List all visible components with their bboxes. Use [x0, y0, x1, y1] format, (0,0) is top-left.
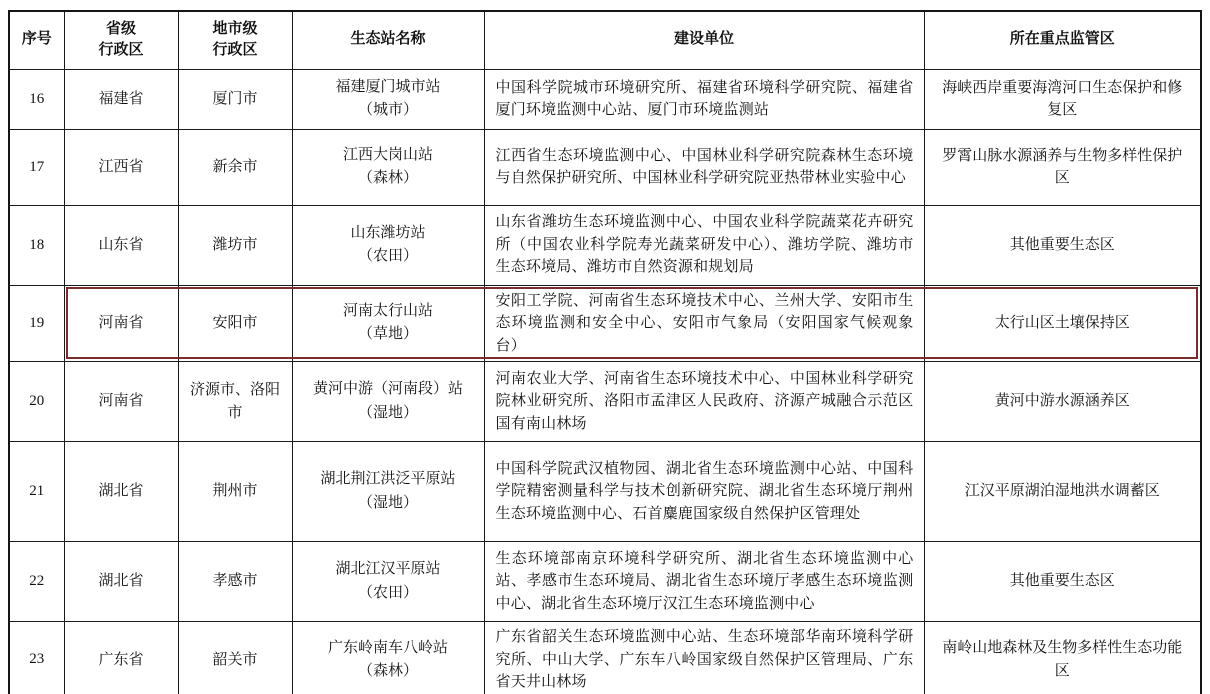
- cell-builders: 河南农业大学、河南省生态环境技术中心、中国林业科学研究院林业研究所、洛阳市孟津区…: [484, 362, 924, 442]
- table-row: 21湖北省荆州市湖北荆江洪泛平原站（湿地）中国科学院武汉植物园、湖北省生态环境监…: [9, 442, 1201, 542]
- station-type-line: （农田）: [299, 245, 478, 268]
- table-row: 20河南省济源市、洛阳市黄河中游（河南段）站（湿地）河南农业大学、河南省生态环境…: [9, 362, 1201, 442]
- cell-province: 江西省: [64, 129, 178, 205]
- col-header-seq: 序号: [9, 11, 64, 69]
- cell-builders: 广东省韶关生态环境监测中心站、生态环境部华南环境科学研究所、中山大学、广东车八岭…: [484, 622, 924, 694]
- cell-builders: 山东省潍坊生态环境监测中心、中国农业科学院蔬菜花卉研究所（中国农业科学院寿光蔬菜…: [484, 205, 924, 285]
- col-header-city: 地市级 行政区: [178, 11, 292, 69]
- cell-seq: 20: [9, 362, 64, 442]
- cell-station-name: 山东潍坊站（农田）: [292, 205, 484, 285]
- cell-city: 安阳市: [178, 285, 292, 362]
- cell-city: 孝感市: [178, 542, 292, 622]
- table-row: 16福建省厦门市福建厦门城市站（城市）中国科学院城市环境研究所、福建省环境科学研…: [9, 69, 1201, 129]
- cell-province: 湖北省: [64, 442, 178, 542]
- cell-builders: 生态环境部南京环境科学研究所、湖北省生态环境监测中心站、孝感市生态环境局、湖北省…: [484, 542, 924, 622]
- col-header-station: 生态站名称: [292, 11, 484, 69]
- cell-station-name: 江西大岗山站（森林）: [292, 129, 484, 205]
- table-row: 18山东省潍坊市山东潍坊站（农田）山东省潍坊生态环境监测中心、中国农业科学院蔬菜…: [9, 205, 1201, 285]
- cell-seq: 16: [9, 69, 64, 129]
- col-header-builders: 建设单位: [484, 11, 924, 69]
- cell-zone: 南岭山地森林及生物多样性生态功能区: [924, 622, 1201, 694]
- cell-province: 福建省: [64, 69, 178, 129]
- cell-zone: 江汉平原湖泊湿地洪水调蓄区: [924, 442, 1201, 542]
- cell-zone: 太行山区土壤保持区: [924, 285, 1201, 362]
- station-type-line: （草地）: [299, 323, 478, 346]
- station-name-line: 湖北荆江洪泛平原站: [299, 468, 478, 491]
- station-type-line: （森林）: [299, 660, 478, 683]
- cell-province: 河南省: [64, 285, 178, 362]
- station-name-line: 山东潍坊站: [299, 222, 478, 245]
- table-container: 序号 省级 行政区 地市级 行政区 生态站名称 建设单位 所在重点监管区 16福…: [8, 10, 1202, 694]
- station-type-line: （农田）: [299, 582, 478, 605]
- station-name-line: 湖北江汉平原站: [299, 558, 478, 581]
- station-name-line: 广东岭南车八岭站: [299, 637, 478, 660]
- table-row: 23广东省韶关市广东岭南车八岭站（森林）广东省韶关生态环境监测中心站、生态环境部…: [9, 622, 1201, 694]
- col-header-province: 省级 行政区: [64, 11, 178, 69]
- cell-zone: 黄河中游水源涵养区: [924, 362, 1201, 442]
- cell-zone: 罗霄山脉水源涵养与生物多样性保护区: [924, 129, 1201, 205]
- cell-builders: 安阳工学院、河南省生态环境技术中心、兰州大学、安阳市生态环境监测和安全中心、安阳…: [484, 285, 924, 362]
- cell-seq: 22: [9, 542, 64, 622]
- table-row: 22湖北省孝感市湖北江汉平原站（农田）生态环境部南京环境科学研究所、湖北省生态环…: [9, 542, 1201, 622]
- cell-zone: 其他重要生态区: [924, 542, 1201, 622]
- cell-province: 河南省: [64, 362, 178, 442]
- station-name-line: 黄河中游（河南段）站: [299, 378, 478, 401]
- table-row: 19河南省安阳市河南太行山站（草地）安阳工学院、河南省生态环境技术中心、兰州大学…: [9, 285, 1201, 362]
- station-type-line: （城市）: [299, 99, 478, 122]
- cell-builders: 江西省生态环境监测中心、中国林业科学研究院森林生态环境与自然保护研究所、中国林业…: [484, 129, 924, 205]
- cell-seq: 18: [9, 205, 64, 285]
- cell-station-name: 湖北江汉平原站（农田）: [292, 542, 484, 622]
- station-name-line: 河南太行山站: [299, 300, 478, 323]
- cell-seq: 19: [9, 285, 64, 362]
- table-row: 17江西省新余市江西大岗山站（森林）江西省生态环境监测中心、中国林业科学研究院森…: [9, 129, 1201, 205]
- cell-seq: 17: [9, 129, 64, 205]
- cell-zone: 其他重要生态区: [924, 205, 1201, 285]
- cell-station-name: 广东岭南车八岭站（森林）: [292, 622, 484, 694]
- station-name-line: 福建厦门城市站: [299, 76, 478, 99]
- cell-builders: 中国科学院城市环境研究所、福建省环境科学研究院、福建省厦门环境监测中心站、厦门市…: [484, 69, 924, 129]
- cell-city: 济源市、洛阳市: [178, 362, 292, 442]
- cell-province: 山东省: [64, 205, 178, 285]
- cell-city: 潍坊市: [178, 205, 292, 285]
- header-row: 序号 省级 行政区 地市级 行政区 生态站名称 建设单位 所在重点监管区: [9, 11, 1201, 69]
- cell-city: 厦门市: [178, 69, 292, 129]
- station-type-line: （湿地）: [299, 402, 478, 425]
- station-type-line: （森林）: [299, 167, 478, 190]
- cell-station-name: 福建厦门城市站（城市）: [292, 69, 484, 129]
- cell-builders: 中国科学院武汉植物园、湖北省生态环境监测中心站、中国科学院精密测量科学与技术创新…: [484, 442, 924, 542]
- cell-seq: 23: [9, 622, 64, 694]
- cell-city: 新余市: [178, 129, 292, 205]
- eco-stations-table: 序号 省级 行政区 地市级 行政区 生态站名称 建设单位 所在重点监管区 16福…: [8, 10, 1202, 694]
- station-type-line: （湿地）: [299, 492, 478, 515]
- cell-city: 韶关市: [178, 622, 292, 694]
- station-name-line: 江西大岗山站: [299, 144, 478, 167]
- cell-seq: 21: [9, 442, 64, 542]
- col-header-zone: 所在重点监管区: [924, 11, 1201, 69]
- cell-city: 荆州市: [178, 442, 292, 542]
- cell-zone: 海峡西岸重要海湾河口生态保护和修复区: [924, 69, 1201, 129]
- cell-province: 广东省: [64, 622, 178, 694]
- cell-station-name: 黄河中游（河南段）站（湿地）: [292, 362, 484, 442]
- cell-province: 湖北省: [64, 542, 178, 622]
- cell-station-name: 湖北荆江洪泛平原站（湿地）: [292, 442, 484, 542]
- cell-station-name: 河南太行山站（草地）: [292, 285, 484, 362]
